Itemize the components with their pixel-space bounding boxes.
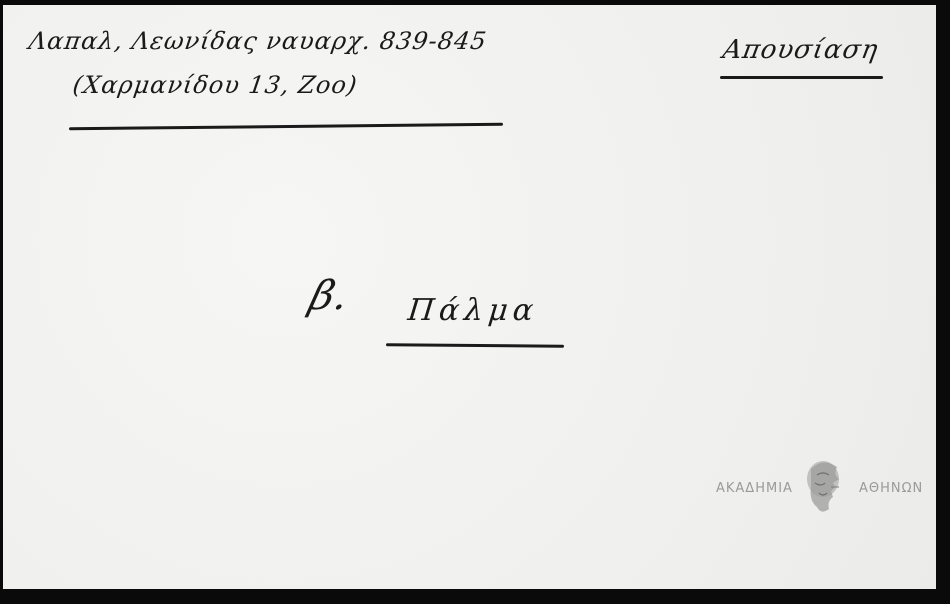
topic-underline: [720, 76, 883, 79]
topic-label: Απουσίαση: [720, 35, 880, 65]
reference-word: Πάλμα: [406, 293, 540, 328]
heading-line-2: (Χαρμανίδου 13, Ζοο): [71, 71, 359, 99]
watermark-right-text: ΑΘΗΝΩΝ: [859, 481, 923, 496]
reference-underline: [386, 343, 564, 348]
athena-head-icon: [803, 457, 847, 519]
index-card: Λαπαλ, Λεωνίδας ναυαρχ. 839-845 (Χαρμανί…: [3, 5, 936, 589]
reference-abbreviation: β.: [305, 273, 354, 319]
watermark-left-text: ΑΚΑΔΗΜΙΑ: [716, 481, 793, 496]
academy-watermark: ΑΚΑΔΗΜΙΑ ΑΘΗΝΩΝ: [716, 453, 923, 523]
heading-underline: [69, 123, 503, 131]
heading-line-1: Λαπαλ, Λεωνίδας ναυαρχ. 839-845: [27, 27, 489, 55]
